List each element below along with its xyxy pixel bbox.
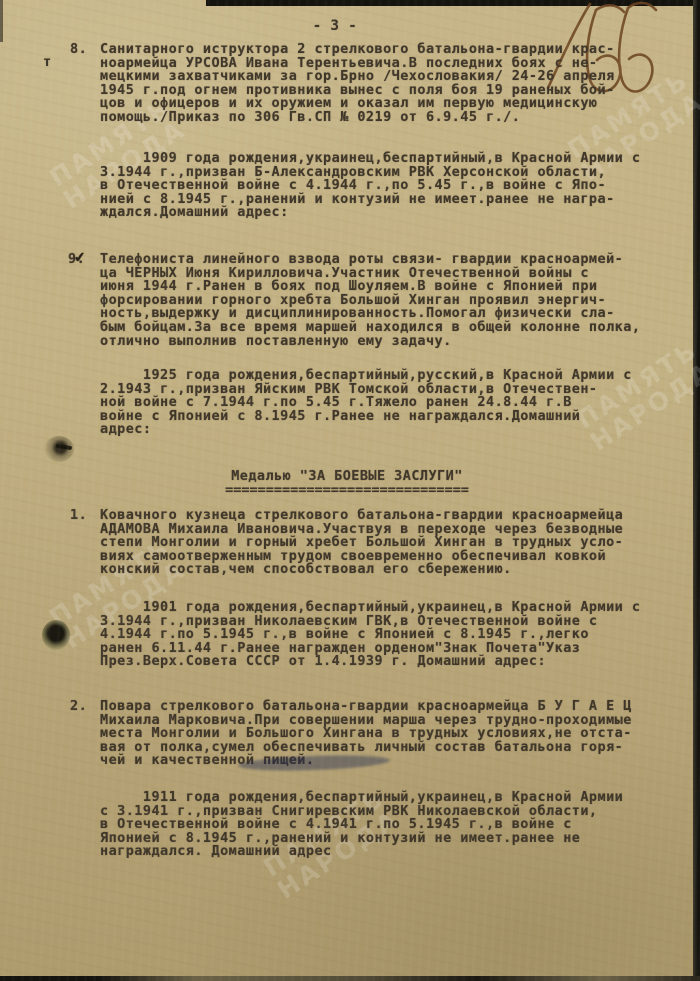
- ink-blot-mark: [44, 436, 74, 462]
- entry-9-body: Телефониста линейного взвода роты связи-…: [100, 253, 640, 348]
- entry-8-body: Санитарного иструктора 2 стрелкового бат…: [100, 43, 615, 125]
- scanned-document-page: ПАМЯТЬ НАРОДА ПАМЯТЬ НАРОДА ПАМЯТЬ НАРОД…: [0, 0, 700, 981]
- ink-blot-mark: [42, 620, 70, 650]
- award-1-number: 1.: [70, 509, 96, 523]
- scan-border-left-nick: [0, 0, 3, 42]
- page-number: - 3 -: [300, 20, 370, 34]
- award-2-number: 2.: [70, 700, 96, 714]
- margin-note: т: [43, 56, 52, 70]
- scan-border-bottom: [0, 976, 700, 981]
- award-1-body: Ковачного кузнеца стрелкового батальона-…: [100, 509, 623, 577]
- entry-8-service-record: 1909 года рождения,украинец,беспартийный…: [100, 152, 640, 220]
- scan-border-right: [693, 0, 700, 981]
- handwritten-check-mark: ✔: [73, 250, 86, 265]
- section-heading-underline: ==============================: [0, 484, 694, 498]
- award-1-service-record: 1901 года рождения,беспартийный,украинец…: [100, 601, 640, 669]
- entry-9-service-record: 1925 года рождения,беспартийный,русский,…: [100, 369, 632, 437]
- entry-8-number: 8.: [70, 43, 96, 57]
- award-2-service-record: 1911 года рождения,беспартийный,украинец…: [100, 791, 623, 859]
